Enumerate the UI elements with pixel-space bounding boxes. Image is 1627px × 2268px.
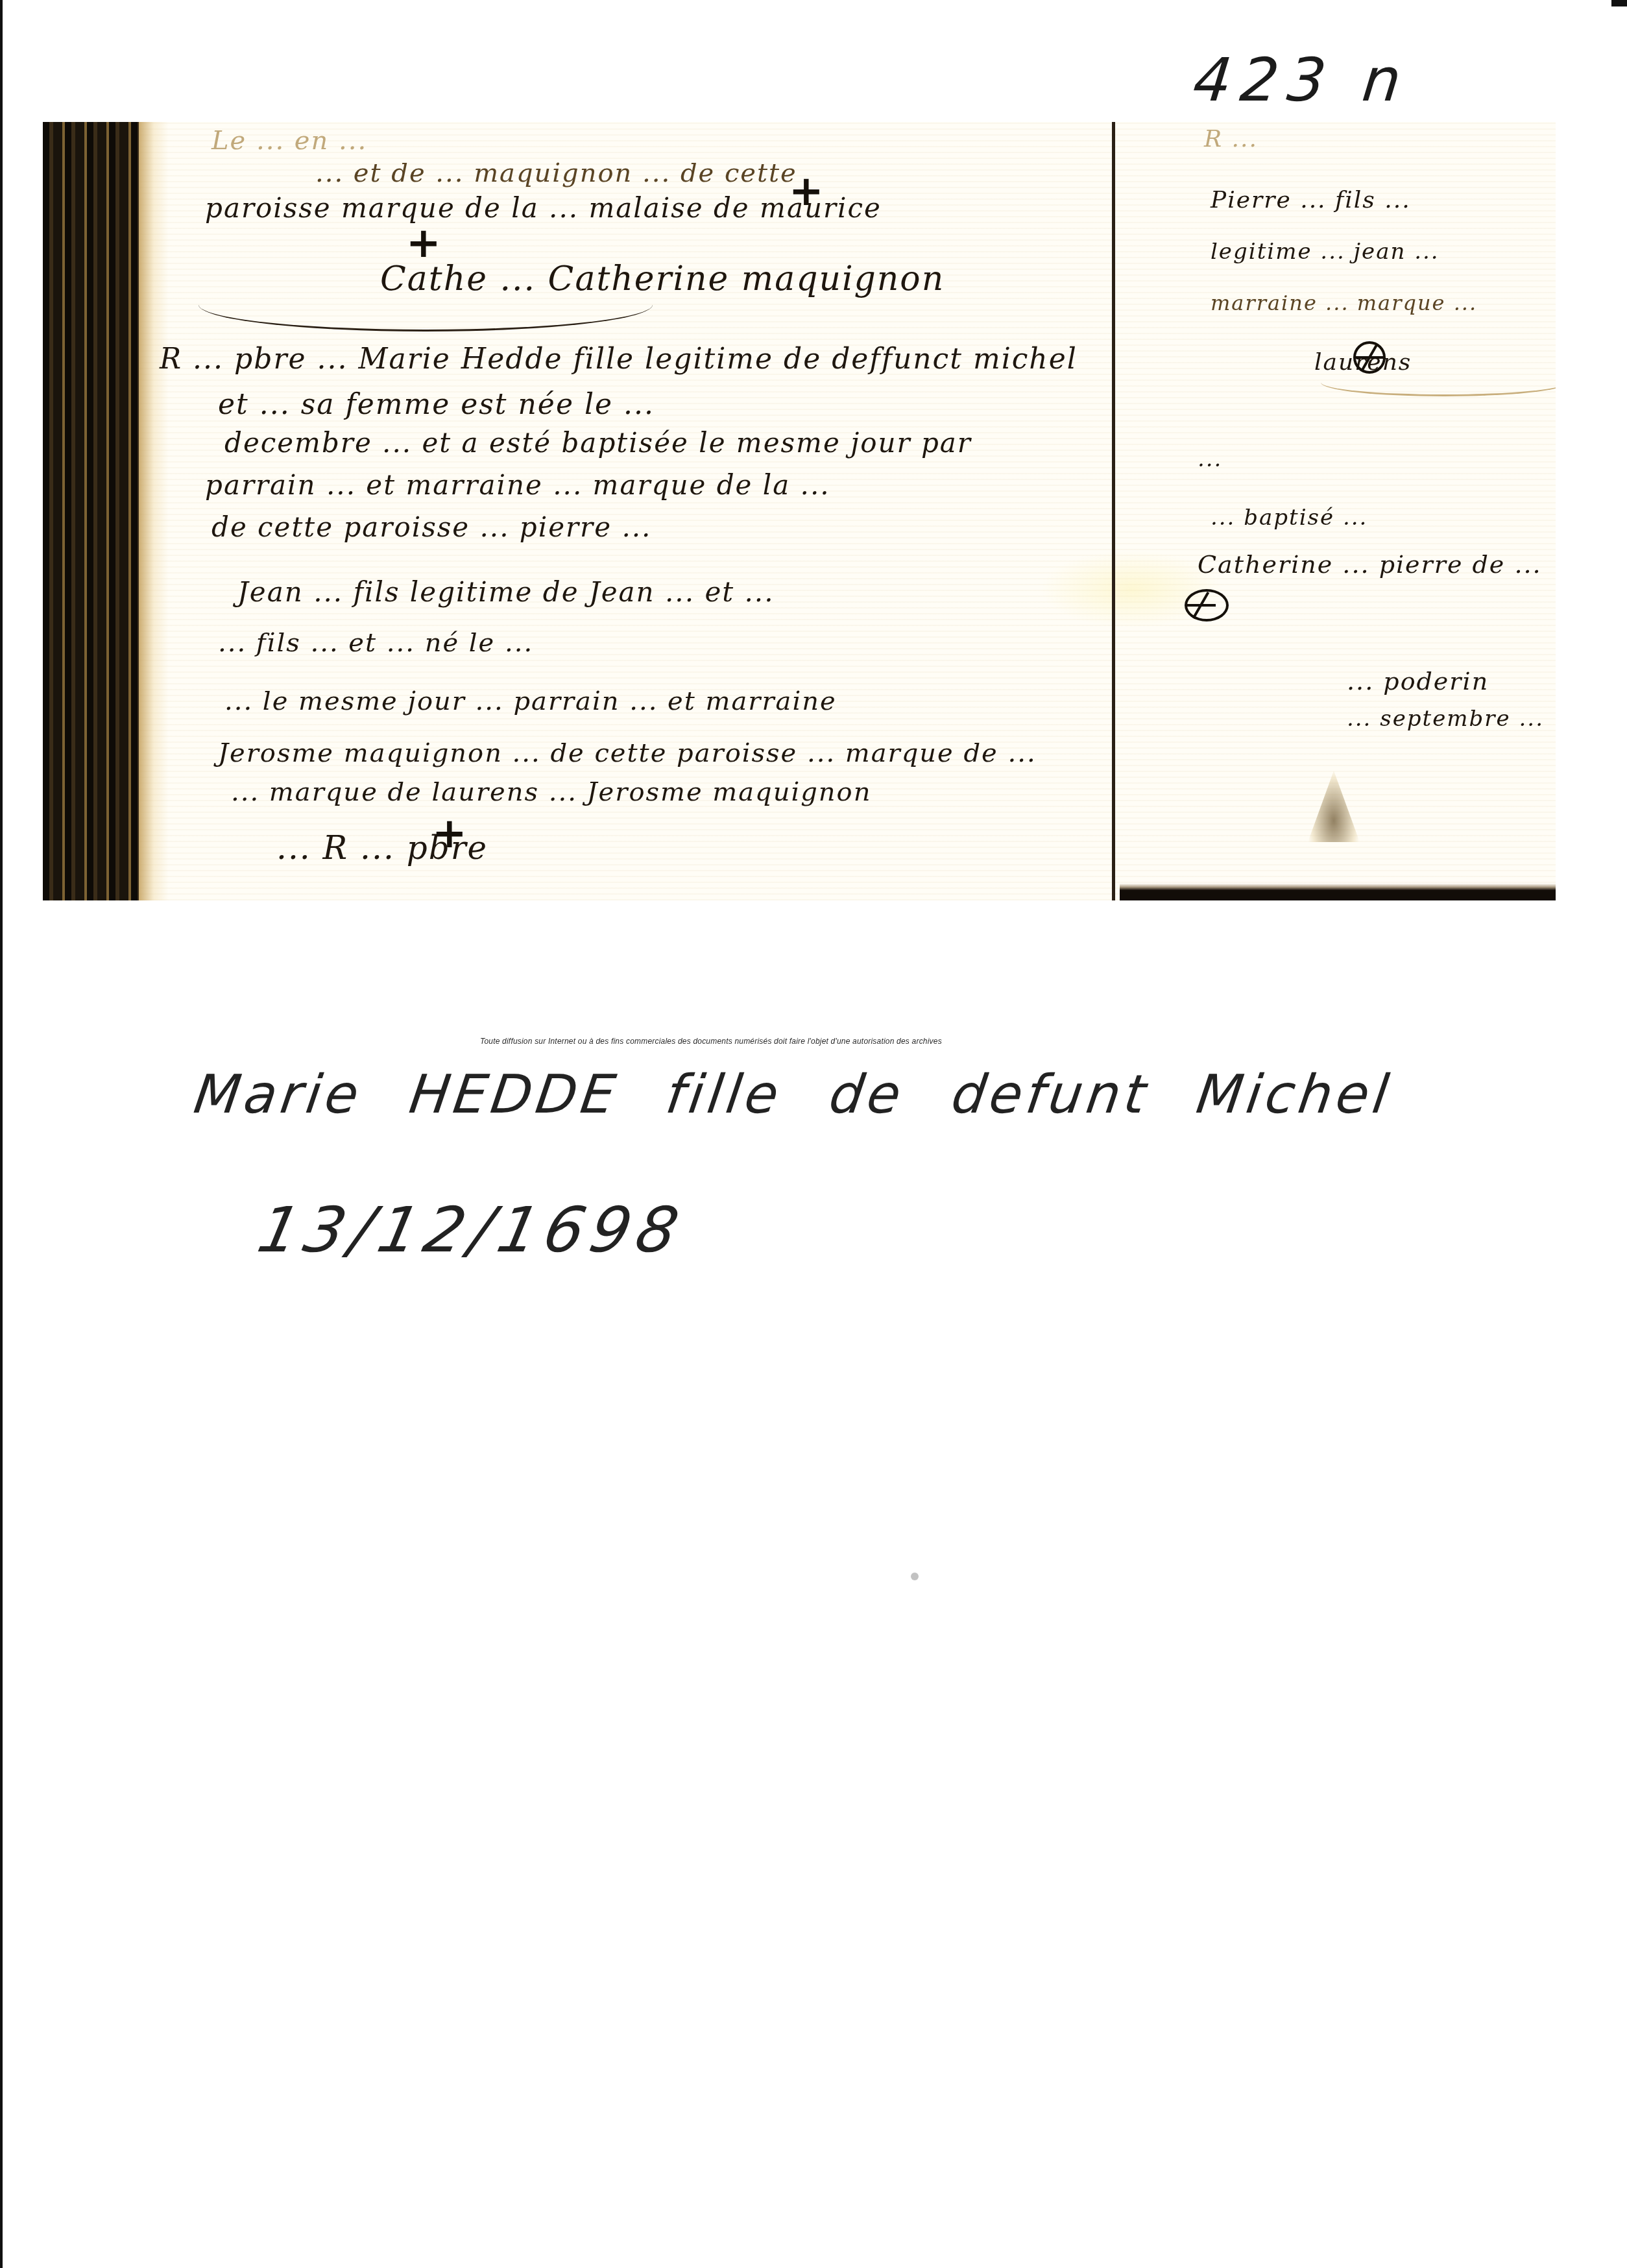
- scan-edge: [0, 0, 3, 2268]
- manuscript-line: de cette paroisse ... pierre ...: [211, 511, 651, 543]
- reference-number: 423 n: [1190, 45, 1413, 115]
- annotation-name: Marie HEDDE fille de defunt Michel: [190, 1064, 1396, 1126]
- manuscript-line: Jean ... fils legitime de Jean ... et ..…: [237, 576, 775, 608]
- manuscript-line: Catherine ... pierre de ...: [1198, 550, 1542, 579]
- manuscript-line: legitime ... jean ...: [1211, 239, 1440, 265]
- signature-flourish: [1321, 368, 1556, 396]
- manuscript-line: ... poderin: [1347, 667, 1489, 695]
- book-binding: [43, 122, 139, 900]
- manuscript-line: ... le mesme jour ... parrain ... et mar…: [224, 686, 837, 716]
- signature-flourish: [199, 278, 653, 332]
- manuscript-line: R ... pbre ... Marie Hedde fille legitim…: [160, 343, 1078, 376]
- manuscript-line: ... septembre ...: [1347, 706, 1544, 732]
- manuscript-line: R ...: [1204, 126, 1258, 152]
- manuscript-line: decembre ... et a esté baptisée le mesme…: [224, 427, 972, 459]
- signature-cross-mark: +: [789, 167, 824, 215]
- signature-cross-mark: +: [406, 219, 441, 267]
- manuscript-line: Le ... en ...: [211, 126, 367, 156]
- signature-mark: [1185, 589, 1229, 621]
- manuscript-line: marraine ... marque ...: [1211, 291, 1477, 315]
- manuscript-line: paroisse marque de la ... malaise de mau…: [205, 192, 882, 224]
- register-scan-image: Le ... en ... ... et de ... maquignon ..…: [43, 122, 1556, 900]
- manuscript-line: Pierre ... fils ...: [1211, 187, 1411, 213]
- margin-rule: [1112, 122, 1115, 900]
- paper-stain: [1308, 771, 1360, 842]
- manuscript-line: et ... sa femme est née le ...: [218, 388, 655, 421]
- manuscript-line: parrain ... et marraine ... marque de la…: [205, 469, 830, 501]
- annotation-date: 13/12/1698: [252, 1194, 691, 1266]
- manuscript-line: ... marque de laurens ... Jerosme maquig…: [231, 777, 871, 807]
- page-edge-shadow: [1120, 884, 1556, 900]
- scan-speck: [911, 1573, 919, 1580]
- signature-cross-mark: +: [432, 810, 467, 858]
- manuscript-line: ... et de ... maquignon ... de cette: [315, 158, 797, 188]
- scan-edge: [1611, 0, 1627, 6]
- manuscript-line: ... baptisé ...: [1211, 505, 1368, 531]
- manuscript-line: Jerosme maquignon ... de cette paroisse …: [218, 738, 1037, 768]
- manuscript-line: ... fils ... et ... né le ...: [218, 628, 533, 658]
- manuscript-line: ...: [1198, 446, 1222, 472]
- archive-usage-notice: Toute diffusion sur Internet ou à des fi…: [480, 1037, 942, 1046]
